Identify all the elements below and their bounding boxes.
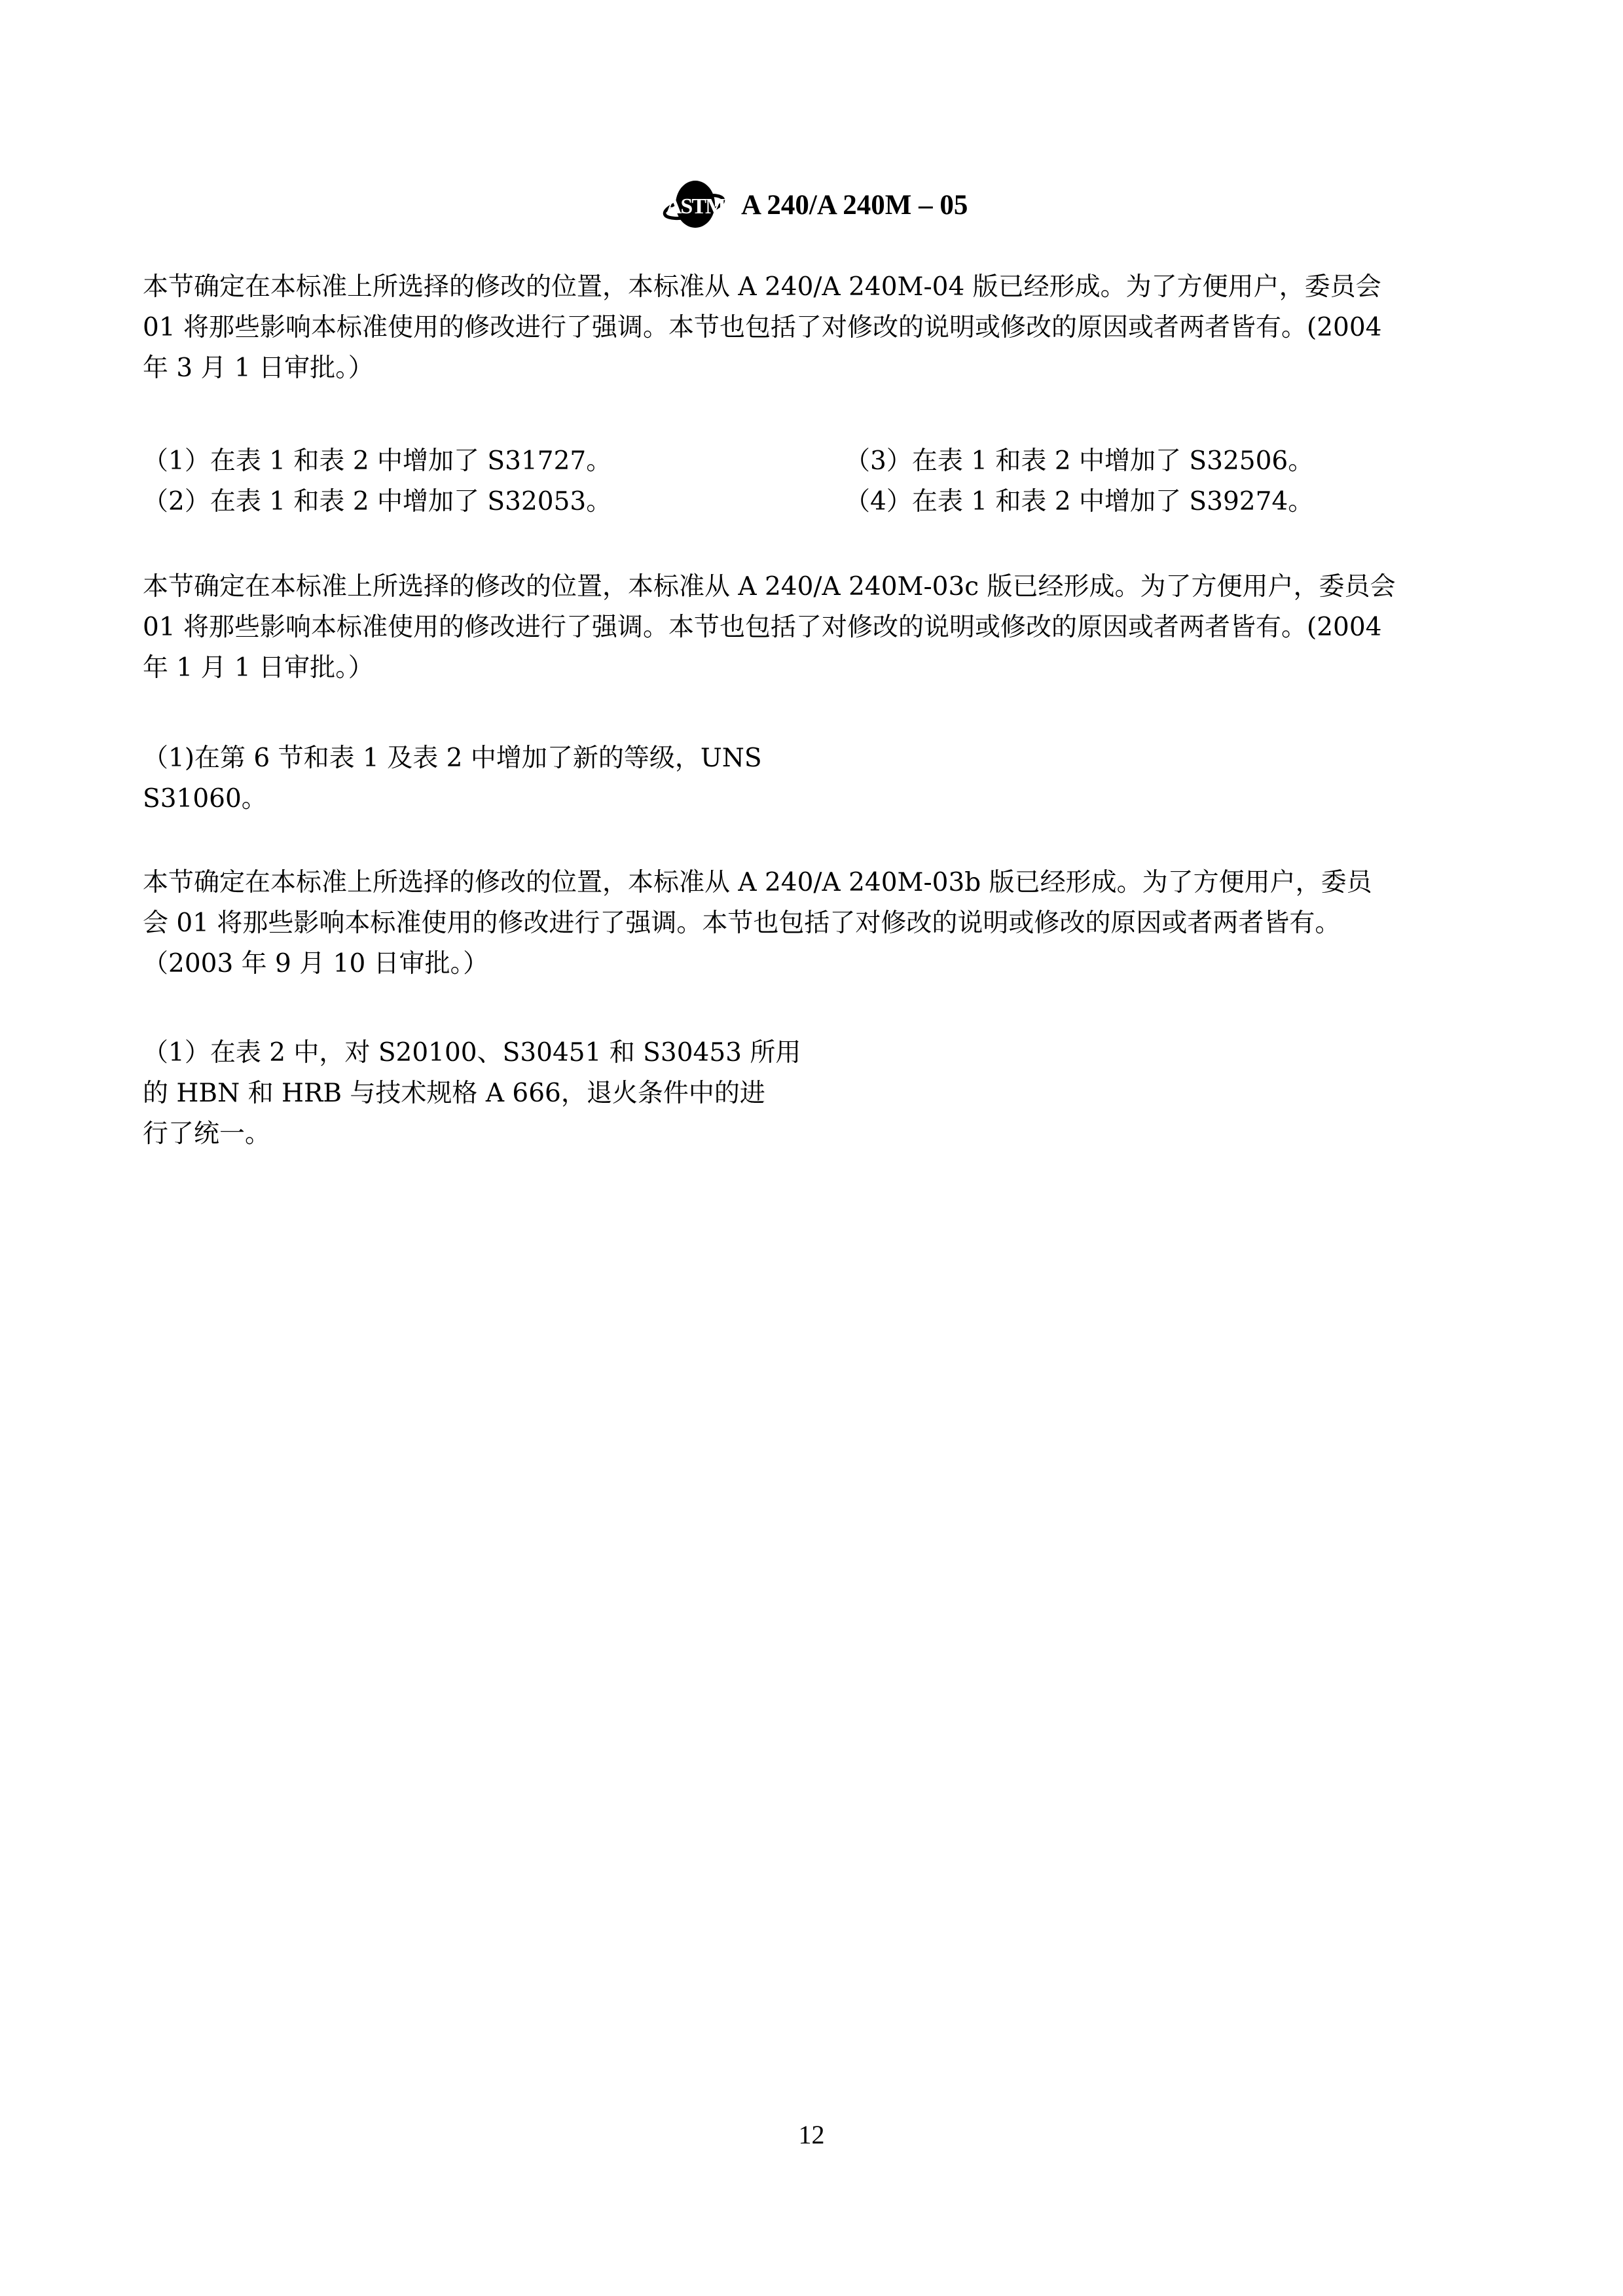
change-item: （2）在表 1 和表 2 中增加了 S32053。 bbox=[143, 482, 611, 522]
astm-logo-icon: ASTM bbox=[661, 177, 729, 233]
summary-line: 01 将那些影响本标准使用的修改进行了强调。本节也包括了对修改的说明或修改的原因… bbox=[143, 607, 1482, 648]
change-item: （1）在表 2 中，对 S20100、S30451 和 S30453 所用 bbox=[143, 1033, 804, 1073]
change-list-column-left: （1）在表 1 和表 2 中增加了 S31727。 （2）在表 1 和表 2 中… bbox=[143, 441, 611, 522]
change-item: （4）在表 1 和表 2 中增加了 S39274。 bbox=[845, 482, 1313, 522]
summary-of-changes-04: 本节确定在本标准上所选择的修改的位置，本标准从 A 240/A 240M-04 … bbox=[143, 267, 1482, 389]
summary-of-changes-03b: 本节确定在本标准上所选择的修改的位置，本标准从 A 240/A 240M-03b… bbox=[143, 863, 1482, 984]
summary-line: 本节确定在本标准上所选择的修改的位置，本标准从 A 240/A 240M-03b… bbox=[143, 863, 1482, 903]
summary-line: 01 将那些影响本标准使用的修改进行了强调。本节也包括了对修改的说明或修改的原因… bbox=[143, 308, 1482, 348]
summary-line: 本节确定在本标准上所选择的修改的位置，本标准从 A 240/A 240M-04 … bbox=[143, 267, 1482, 308]
change-item: 行了统一。 bbox=[143, 1114, 804, 1155]
summary-line: 本节确定在本标准上所选择的修改的位置，本标准从 A 240/A 240M-03c… bbox=[143, 567, 1482, 607]
change-item: 的 HBN 和 HRB 与技术规格 A 666，退火条件中的进 bbox=[143, 1073, 804, 1114]
change-item: （3）在表 1 和表 2 中增加了 S32506。 bbox=[845, 441, 1313, 482]
summary-line: 年 3 月 1 日审批。） bbox=[143, 348, 1482, 389]
summary-line: （2003 年 9 月 10 日审批。） bbox=[143, 944, 1482, 984]
document-header: ASTM A 240/A 240M – 05 bbox=[661, 175, 968, 234]
change-item: （1)在第 6 节和表 1 及表 2 中增加了新的等级，UNS bbox=[143, 738, 804, 779]
change-list-03b: （1）在表 2 中，对 S20100、S30451 和 S30453 所用 的 … bbox=[143, 1033, 804, 1155]
change-list-03c: （1)在第 6 节和表 1 及表 2 中增加了新的等级，UNS S31060。 bbox=[143, 738, 804, 819]
summary-line: 会 01 将那些影响本标准使用的修改进行了强调。本节也包括了对修改的说明或修改的… bbox=[143, 903, 1482, 944]
standard-designation: A 240/A 240M – 05 bbox=[741, 189, 968, 221]
summary-of-changes-03c: 本节确定在本标准上所选择的修改的位置，本标准从 A 240/A 240M-03c… bbox=[143, 567, 1482, 689]
change-item: （1）在表 1 和表 2 中增加了 S31727。 bbox=[143, 441, 611, 482]
svg-text:ASTM: ASTM bbox=[666, 194, 726, 219]
change-item: S31060。 bbox=[143, 779, 804, 819]
summary-line: 年 1 月 1 日审批。） bbox=[143, 648, 1482, 689]
change-list-column-right: （3）在表 1 和表 2 中增加了 S32506。 （4）在表 1 和表 2 中… bbox=[845, 441, 1313, 522]
page-number: 12 bbox=[0, 2119, 1623, 2150]
